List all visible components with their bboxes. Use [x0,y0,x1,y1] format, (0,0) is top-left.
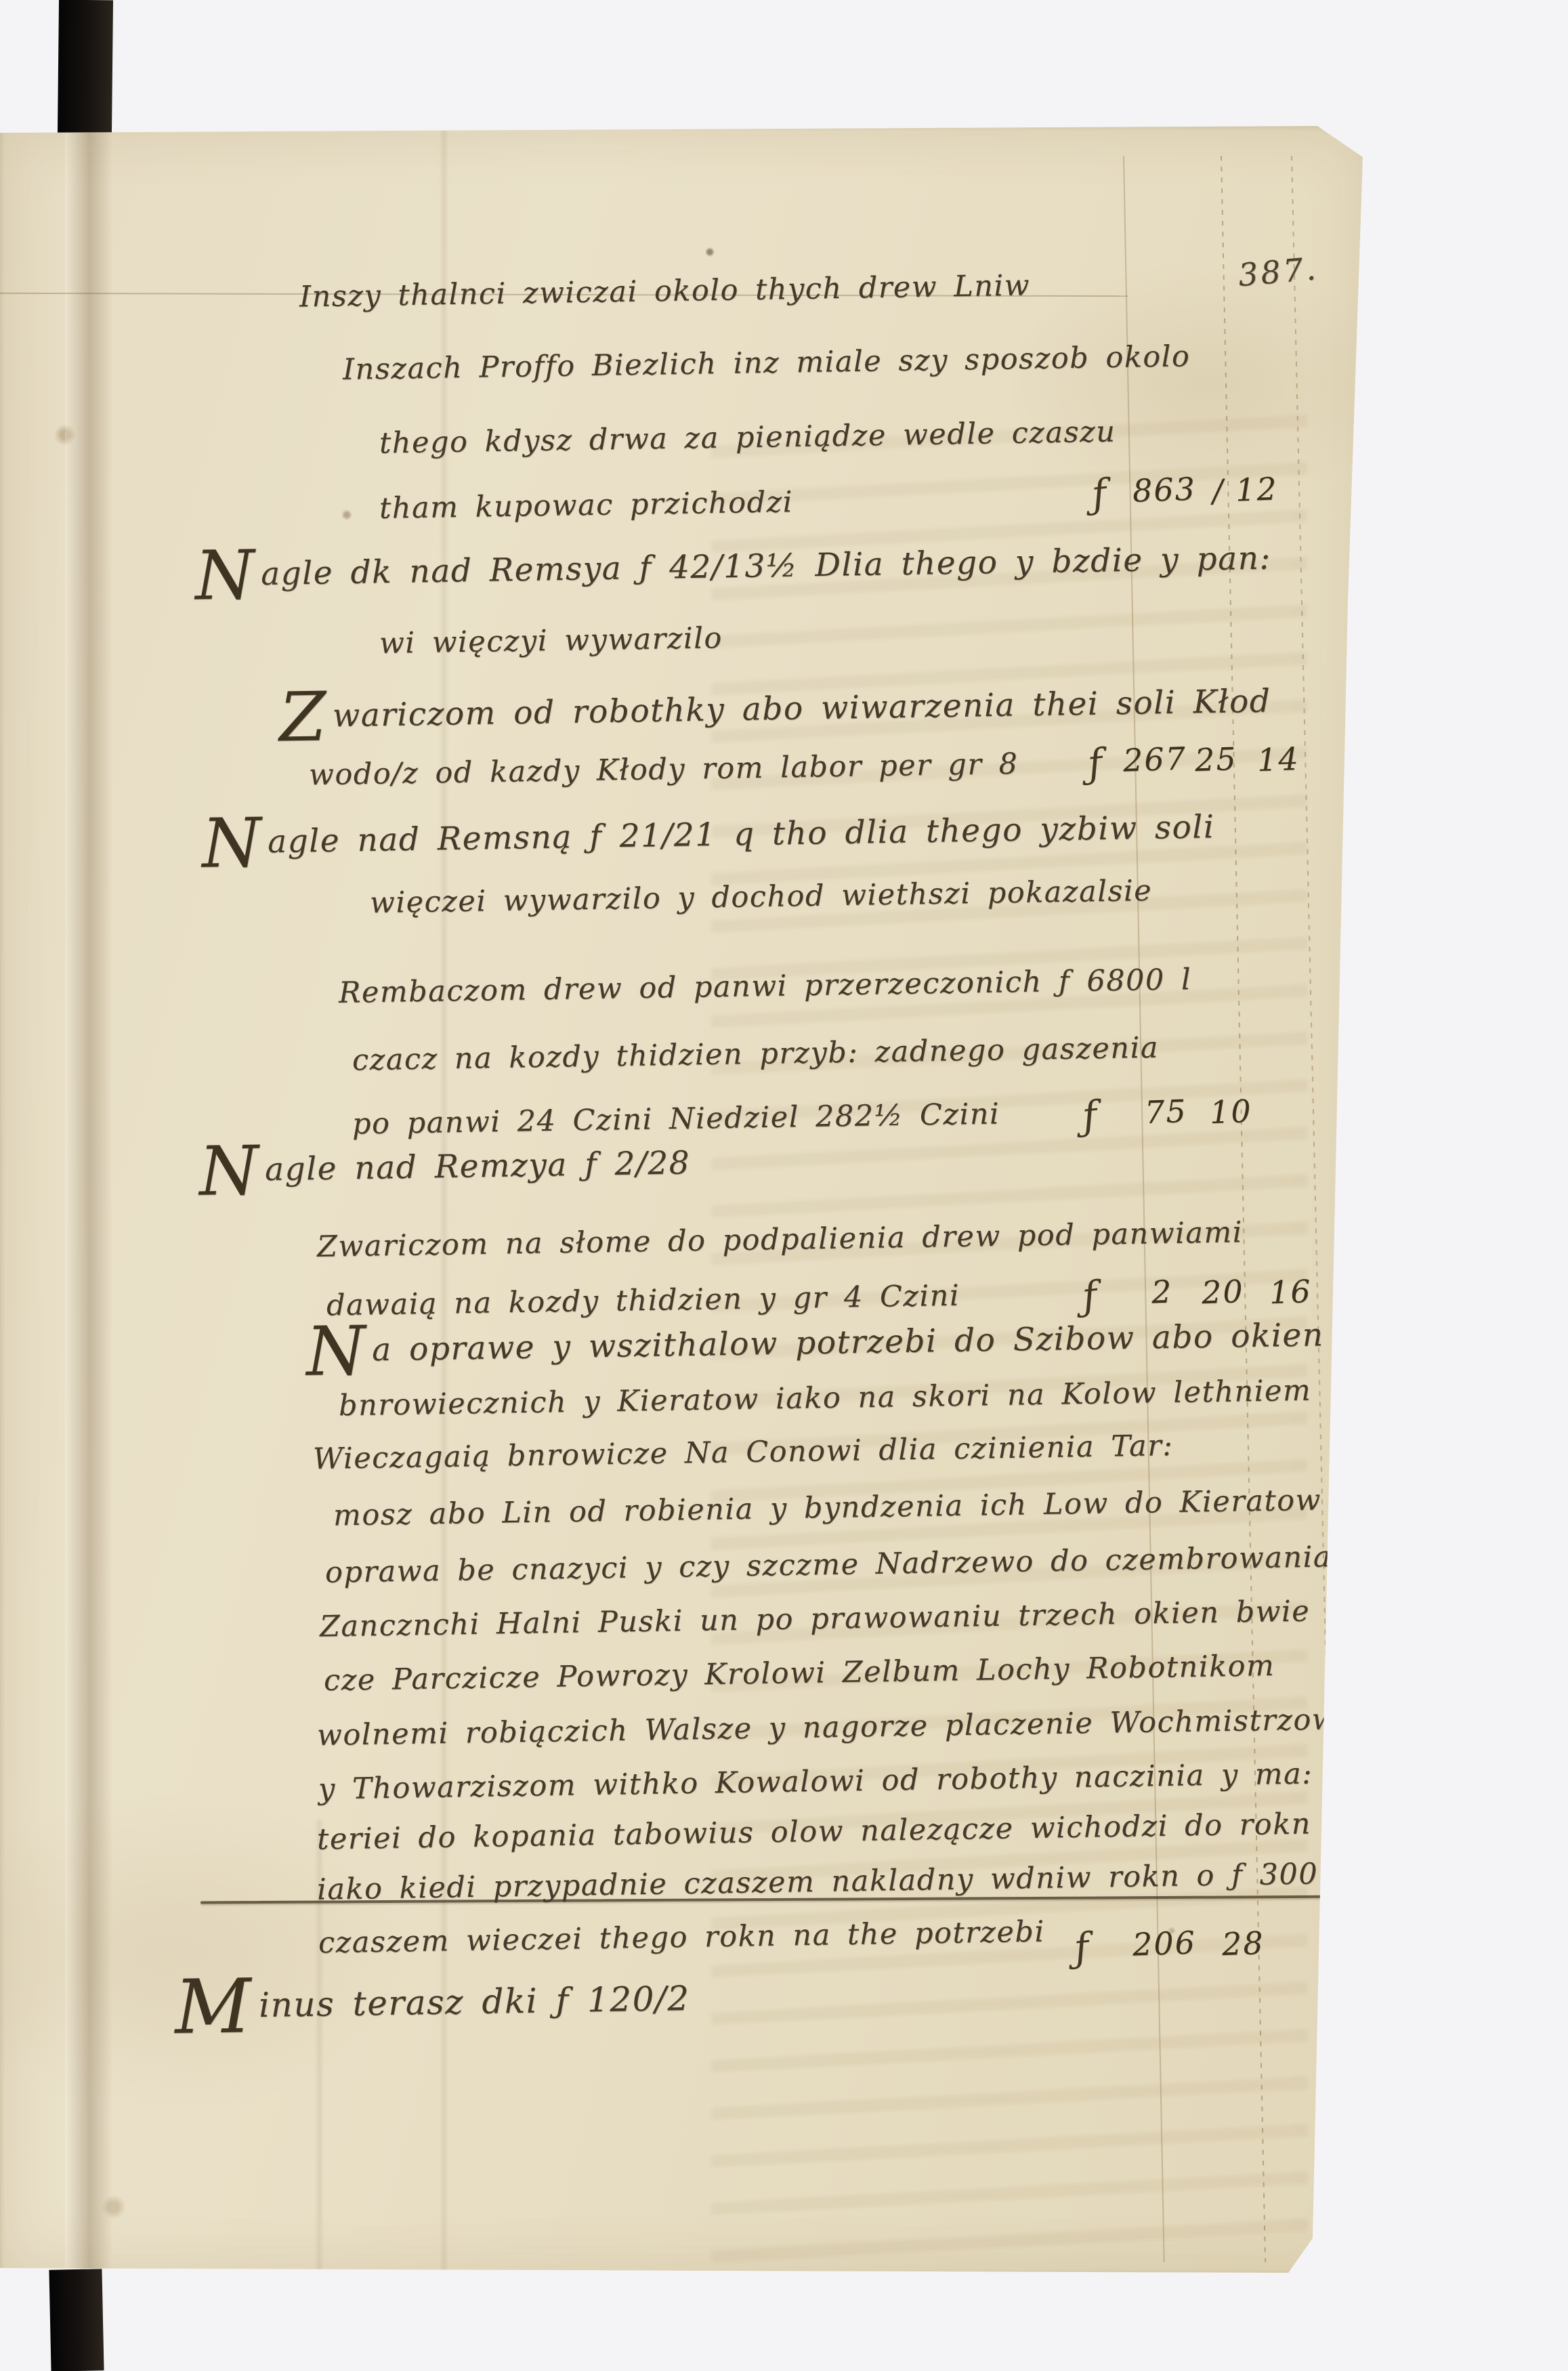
manuscript-line: Inszy thalnci zwiczai okolo thych drew L… [299,271,1031,313]
manuscript-line: tham kupowac przichodzi [379,487,794,524]
amount-denars: 14 [1256,743,1300,776]
amount-groschen: 25 [1194,743,1237,776]
amount-florins: 206 [1132,1927,1196,1960]
manuscript-line: wi więczyi wywarzilo [379,623,723,659]
manuscript-page: 387. Inszy thalnci zwiczai okolo thych d… [0,126,1368,2275]
amount-groschen: / 12 [1212,473,1278,506]
amount-florins: 267 [1122,742,1187,776]
manuscript-line: Nagle nad Remzya ƒ 2/28 [199,1146,691,1188]
manuscript-scan: 387. Inszy thalnci zwiczai okolo thych d… [0,0,1568,2371]
bookmark-ribbon-top [58,0,113,134]
amount-groschen: 20 [1201,1276,1244,1308]
amount-groschen: 28 [1221,1927,1265,1960]
manuscript-line: Inszach Proffo Biezlich inz miale szy sp… [343,341,1191,385]
page-number: 387. [1237,253,1319,291]
spine-crease [65,126,112,2275]
summa-line: Minus terasz dki ƒ 120/2 [175,1981,690,2024]
amount-florins: 2 [1151,1276,1173,1307]
amount-groschen: 10 [1209,1095,1252,1128]
amount-denars: 16 [1269,1276,1312,1308]
amount-florins: 75 [1144,1095,1187,1128]
amount-florins: 863 [1132,473,1196,506]
bookmark-ribbon-bottom [49,2269,104,2371]
